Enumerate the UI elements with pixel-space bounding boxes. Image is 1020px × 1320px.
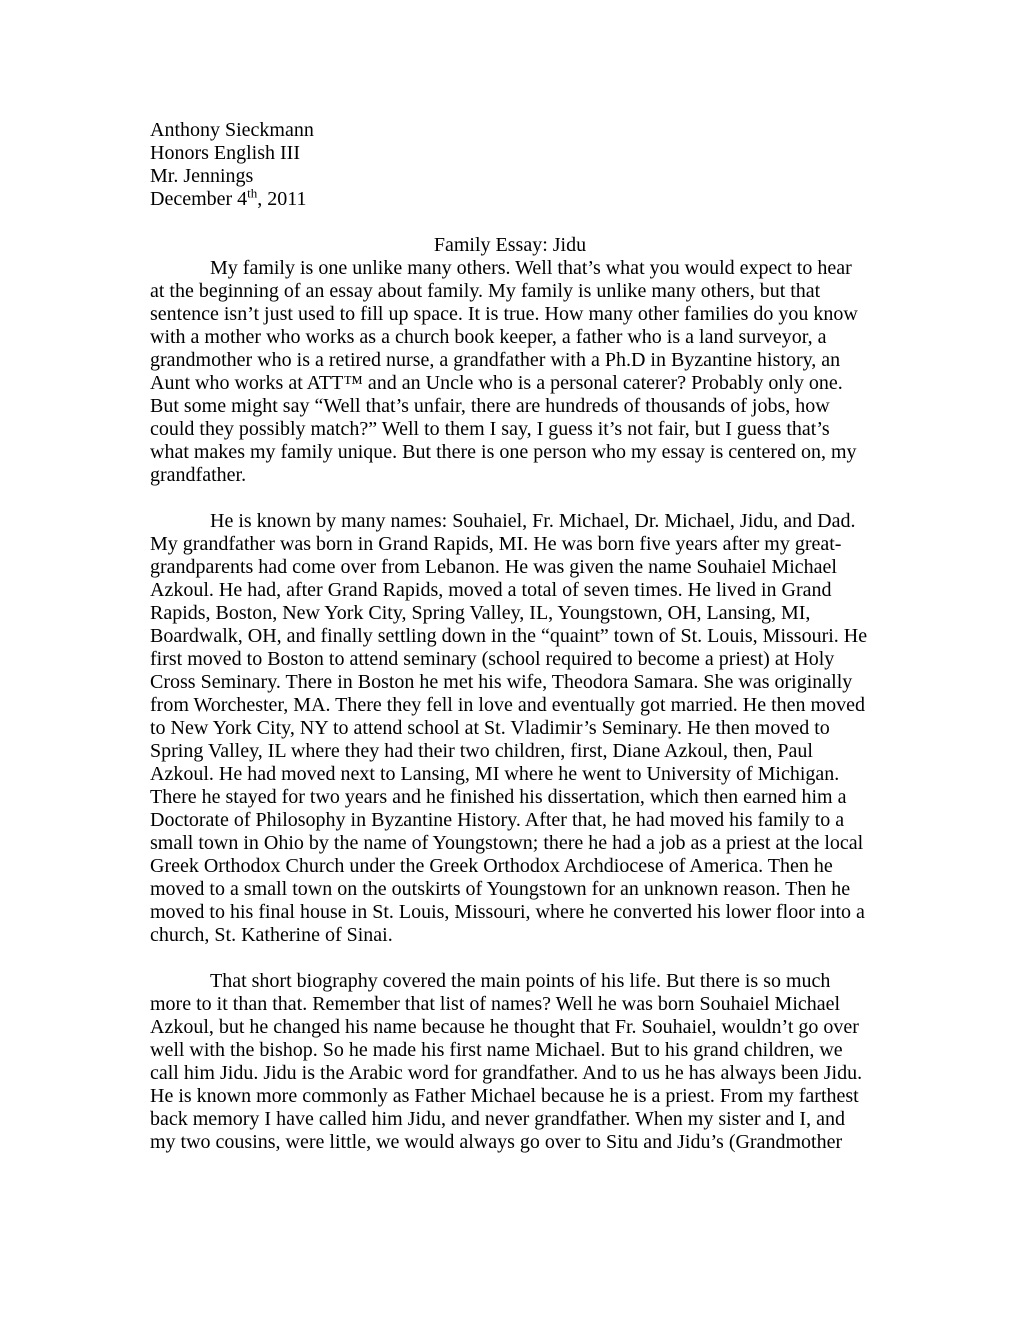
paragraph-biography: He is known by many names: Souhaiel, Fr.… <box>150 510 870 947</box>
document-page: Anthony Sieckmann Honors English III Mr.… <box>0 0 1020 1320</box>
date-suffix: , 2011 <box>257 188 306 210</box>
heading-block: Anthony Sieckmann Honors English III Mr.… <box>150 119 870 211</box>
date-ordinal-superscript: th <box>247 185 257 200</box>
date-line: December 4th, 2011 <box>150 188 870 211</box>
author-line: Anthony Sieckmann <box>150 119 870 142</box>
teacher-line: Mr. Jennings <box>150 165 870 188</box>
essay-title: Family Essay: Jidu <box>150 234 870 257</box>
date-prefix: December 4 <box>150 188 247 210</box>
paragraph-names: That short biography covered the main po… <box>150 970 870 1154</box>
paragraph-intro: My family is one unlike many others. Wel… <box>150 257 870 487</box>
course-line: Honors English III <box>150 142 870 165</box>
